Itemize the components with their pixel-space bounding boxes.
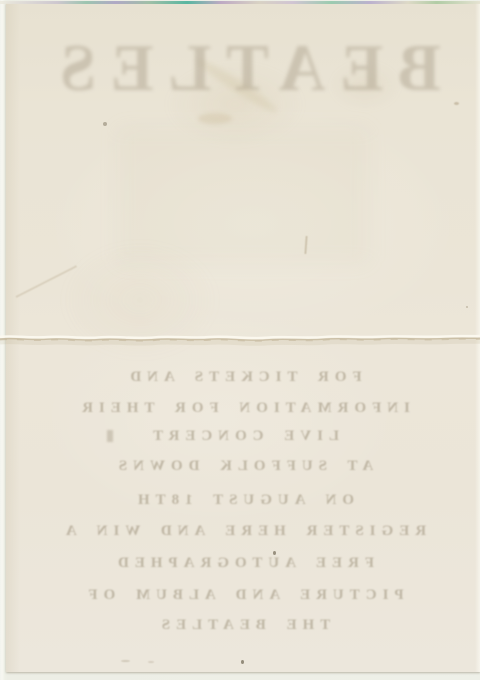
paper-speck [454, 102, 459, 105]
paper-stain [198, 113, 232, 124]
bleedthrough-line-1: FOR TICKETS AND [6, 370, 480, 385]
bleedthrough-title: BEATLES [6, 35, 480, 102]
fold-crease [0, 324, 480, 354]
bleedthrough-line-5: ON AUGUST 18TH [6, 493, 480, 508]
paper-speck [103, 122, 107, 126]
scanner-edge-artifact [0, 1, 480, 4]
bleedthrough-smudge [107, 430, 113, 442]
bleedthrough-line-3: LIVE CONCERT [6, 429, 480, 444]
paper-speck [148, 661, 154, 663]
bleedthrough-line-2: INFORMATION FOR THEIR [6, 401, 480, 416]
paper-speck [121, 660, 130, 662]
bleedthrough-line-8: PICTURE AND ALBUM OF [6, 588, 480, 603]
bleedthrough-line-4: AT SUFFOLK DOWNS [6, 459, 480, 474]
scanned-photo: BEATLES FOR TICKETS AND INFORMATION FOR … [0, 0, 480, 680]
bleedthrough-line-9: THE BEATLES [6, 618, 480, 633]
paper-speck [466, 306, 468, 308]
paper-speck [241, 660, 244, 664]
bleedthrough-line-6: REGISTER HERE AND WIN A [6, 524, 480, 539]
paper-speck [273, 551, 276, 555]
bleedthrough-line-7: FREE AUTOGRAPHED [6, 556, 480, 571]
